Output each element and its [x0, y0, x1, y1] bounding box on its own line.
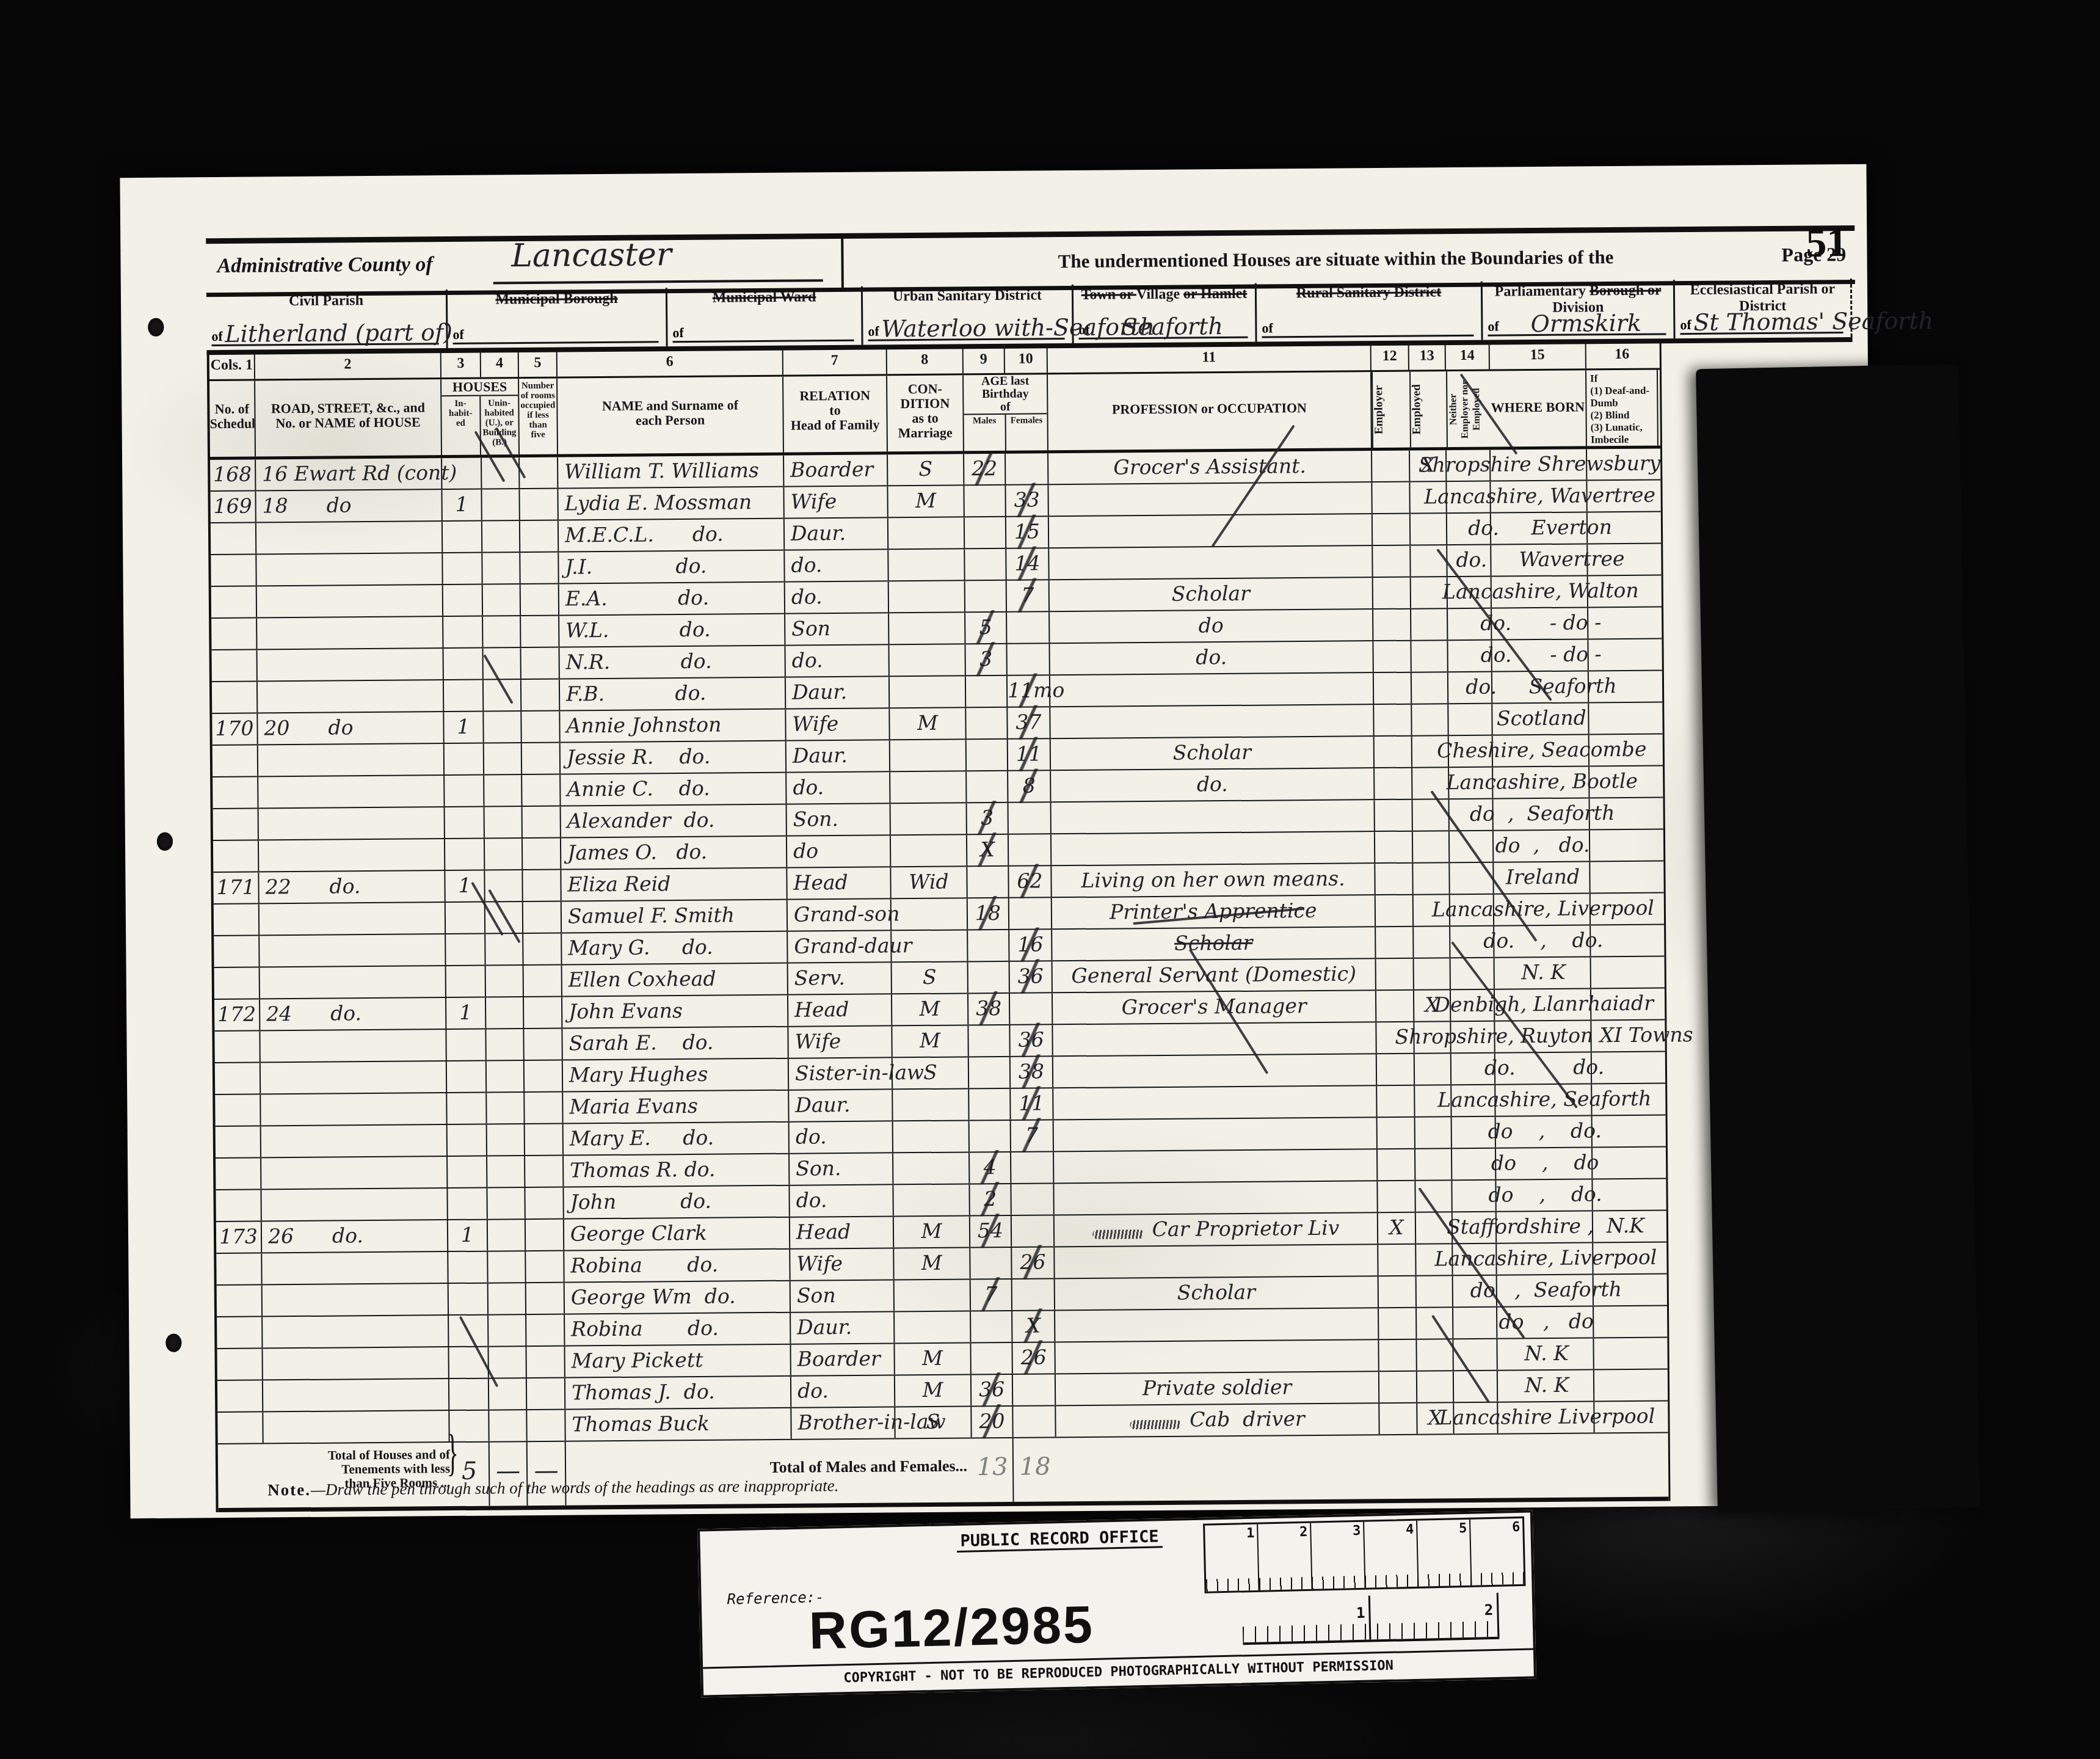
person-name-text: Mary Pickett: [572, 1348, 703, 1373]
relation: Daur.: [786, 677, 890, 708]
infirmity: [1593, 1211, 1665, 1242]
header-relation: RELATION to Head of Family: [783, 376, 888, 452]
header-uninhabited: Unin- habited (U.), or Building (B.): [481, 396, 518, 454]
age-female-text: 7: [1025, 1123, 1038, 1147]
condition: M: [895, 1343, 971, 1374]
schedule-number: [214, 905, 260, 936]
condition-text: S: [926, 1410, 940, 1433]
inhabited: [446, 1030, 486, 1061]
relation: do: [787, 836, 891, 867]
age-female-text: 62: [1017, 869, 1042, 892]
col-num: 12: [1372, 342, 1409, 370]
rooms: [522, 775, 561, 806]
district-value: [467, 344, 664, 346]
age-male-text: 20: [979, 1409, 1005, 1433]
uninhabited: [488, 1251, 526, 1282]
scan-shadow-band: [1696, 364, 1980, 1512]
age-male: [967, 867, 1009, 898]
occupation-text: Grocer's Assistant.: [1113, 454, 1306, 479]
inhabited: [448, 1189, 487, 1220]
ink-scribble: [1092, 1229, 1144, 1239]
totals-females: 18: [1014, 1438, 1057, 1502]
infirmity: [1591, 956, 1663, 988]
col-num: 16: [1586, 340, 1658, 368]
col-num: 15: [1490, 340, 1586, 369]
age-male: 22: [964, 454, 1006, 485]
uninhabited: [486, 1029, 524, 1060]
relation-text: Son: [791, 616, 830, 640]
age-female: [1007, 644, 1050, 675]
relation: Daur.: [787, 740, 890, 771]
condition: [890, 771, 967, 803]
relation: Son.: [787, 804, 891, 835]
relation: Brother-in-law: [791, 1407, 895, 1438]
of-word: of: [868, 324, 879, 340]
age-male-text: 3: [981, 806, 994, 829]
condition: M: [892, 1025, 968, 1057]
inhabited: 1: [442, 490, 482, 521]
age-female-text: 16: [1017, 932, 1043, 956]
age-male: [970, 1248, 1012, 1279]
age-male: X: [967, 835, 1009, 866]
district-box: Municipal Wardof: [667, 286, 863, 347]
rooms: [526, 1347, 565, 1377]
relation-text: do.: [793, 775, 824, 799]
condition: [889, 581, 965, 612]
road-name: [263, 1284, 449, 1316]
occupation: [1049, 546, 1373, 579]
road-name-text: 20 do: [264, 715, 353, 740]
infirmity: [1590, 861, 1662, 892]
occupation: [1049, 514, 1373, 547]
uninhabited: [485, 870, 523, 901]
header-employer: Employer: [1372, 372, 1410, 448]
district-label-part: Municipal Borough: [495, 291, 617, 308]
occupation: [1055, 1308, 1379, 1341]
age-male: [968, 962, 1010, 993]
age-male-text: 2: [984, 1187, 997, 1211]
relation: Grand-son: [788, 899, 892, 930]
inhabited: [445, 807, 485, 839]
where-born: do , do.: [1496, 1116, 1593, 1147]
person-name-text: James O. do.: [567, 840, 707, 865]
schedule-number: [212, 682, 258, 713]
person-name-text: William T. Williams: [564, 458, 759, 484]
col-num: 7: [783, 346, 887, 374]
infirmity: [1591, 1020, 1663, 1051]
infirmity: [1589, 702, 1660, 734]
age-female: [1009, 803, 1052, 834]
road-name: [261, 1062, 447, 1093]
punch-hole: [148, 318, 164, 337]
age-female-text: 38: [1019, 1059, 1044, 1083]
person-name-text: N.R. do.: [566, 649, 712, 674]
of-word: of: [1680, 317, 1691, 333]
relation-text: Son: [797, 1283, 836, 1307]
district-label-part: Municipal Ward: [713, 289, 816, 305]
schedule-number: [211, 555, 256, 586]
uninhabited: [482, 553, 520, 583]
where-born: Scotland: [1492, 703, 1589, 734]
relation: do.: [790, 1185, 893, 1216]
rooms: [526, 1315, 565, 1346]
relation: Daur.: [791, 1312, 895, 1343]
age-female: 16: [1009, 930, 1052, 961]
relation-text: Boarder: [797, 1347, 880, 1371]
relation: Son.: [790, 1153, 893, 1184]
infirmity: [1588, 512, 1659, 543]
age-female-text: 15: [1014, 519, 1040, 543]
condition-text: M: [920, 1029, 940, 1052]
of-word: of: [211, 329, 223, 344]
district-value: Litherland (part of): [225, 319, 443, 348]
relation-text: Son.: [793, 807, 839, 831]
inhabited: [442, 458, 482, 489]
relation: Son: [785, 613, 889, 644]
relation-text: Boarder: [790, 457, 873, 482]
condition: [893, 1121, 970, 1152]
inhabited: [443, 522, 482, 553]
rooms: [525, 1124, 564, 1155]
person-name-text: Annie C. do.: [567, 776, 710, 801]
occupation-text: do.: [1197, 772, 1228, 796]
age-male: [965, 549, 1006, 580]
rooms: [525, 1093, 563, 1123]
occupation-text: do.: [1196, 645, 1227, 669]
schedule-number-text: 171: [216, 875, 255, 899]
occupation-text: Scholar: [1173, 740, 1252, 765]
where-born: Lancashire, Bootle: [1493, 767, 1590, 798]
occupation: [1054, 1118, 1378, 1151]
person-name-text: Eliza Reid: [567, 872, 670, 896]
uninhabited: [486, 966, 524, 996]
road-name: 26 do.: [262, 1220, 448, 1252]
age-female-text: 26: [1020, 1345, 1046, 1369]
inhabited: [447, 1062, 487, 1093]
age-male-text: 22: [972, 456, 997, 480]
person-name-text: John Evans: [569, 999, 683, 1023]
condition: [891, 835, 967, 866]
person-name-text: Alexander do.: [567, 808, 715, 833]
schedule-number-text: 169: [213, 494, 252, 518]
inhabited-text: 1: [459, 1000, 472, 1024]
where-born: do. Wavertree: [1491, 544, 1588, 575]
person-name-text: Sarah E. do.: [569, 1030, 713, 1055]
age-male: [967, 740, 1008, 771]
occupation-text: General Servant (Domestic): [1071, 961, 1356, 988]
relation-text: Head: [794, 997, 849, 1022]
age-female-text: 33: [1014, 487, 1039, 511]
age-male-text: 7: [984, 1282, 997, 1306]
header-road: ROAD, STREET, &c., and No. or NAME of HO…: [255, 379, 442, 456]
infirmity: [1590, 734, 1661, 765]
rooms: [521, 616, 559, 647]
condition: Wid: [891, 867, 967, 898]
where-born: Lancashire, Liverpool: [1497, 1243, 1593, 1274]
age-male: 4: [970, 1153, 1011, 1184]
age-male: [964, 486, 1006, 517]
age-male: 3: [965, 644, 1007, 676]
age-male: [967, 771, 1008, 803]
age-female: [1009, 834, 1052, 865]
col-num: 2: [255, 349, 441, 379]
district-of-line: of: [452, 322, 658, 344]
occupation: Grocer's Manager: [1053, 991, 1376, 1024]
infirmity: [1587, 480, 1659, 511]
relation-text: Serv.: [794, 966, 845, 990]
person-name: George Wm do.: [565, 1281, 791, 1314]
age-male: 7: [971, 1280, 1012, 1311]
rooms: [526, 1251, 564, 1282]
rooms: [524, 966, 562, 996]
person-name: Thomas Buck: [565, 1408, 791, 1441]
district-box: Town or Village or HamletofSeaforth: [1074, 283, 1257, 343]
condition: M: [894, 1216, 970, 1247]
occupation: [1050, 705, 1374, 738]
relation: Daur.: [789, 1090, 893, 1121]
condition: S: [892, 962, 968, 993]
header-profession: PROFESSION or OCCUPATION: [1048, 372, 1372, 450]
occupation: [1054, 1149, 1378, 1182]
district-label-part: Civil Parish: [289, 293, 363, 309]
condition: M: [895, 1375, 972, 1406]
header-employed: Employed: [1409, 371, 1447, 447]
age-female: [1011, 1152, 1054, 1183]
schedule-number: [216, 1190, 261, 1221]
schedule-number: [216, 1158, 261, 1189]
infirmity: [1594, 1274, 1665, 1305]
district-label: Municipal Borough: [448, 288, 666, 308]
person-name: Lydia E. Mossman: [558, 487, 784, 520]
condition-text: M: [922, 1346, 943, 1370]
district-value: St Thomas' Seaforth: [1693, 308, 1848, 336]
condition: [892, 898, 968, 930]
header-males: Males: [964, 415, 1006, 451]
infirmity: [1590, 798, 1661, 829]
punch-hole: [165, 1334, 181, 1352]
inhabited: [446, 966, 486, 997]
rooms: [520, 521, 559, 552]
person-name-text: Thomas J. do.: [572, 1380, 715, 1405]
condition: M: [894, 1248, 970, 1279]
ruler-cell: 2: [1370, 1593, 1500, 1640]
road-name: [261, 1093, 447, 1125]
schedule-number: 170: [212, 714, 258, 745]
schedule-number: [213, 841, 259, 872]
road-name-text: 24 do.: [266, 1001, 362, 1025]
age-male-text: X: [980, 837, 995, 861]
district-label-part: Parliamentary: [1495, 283, 1590, 299]
age-male: [969, 1089, 1011, 1120]
age-male: [968, 930, 1009, 961]
uninhabited: [487, 1093, 525, 1123]
inhabited: [444, 680, 484, 712]
relation: Boarder: [784, 454, 888, 486]
rooms: [523, 870, 561, 901]
header-rooms: Number of rooms occupied if less than fi…: [519, 379, 558, 454]
ruler-cell: 5: [1417, 1520, 1472, 1587]
person-name: J.I. do.: [559, 551, 785, 583]
age-male-text: 4: [984, 1155, 997, 1179]
road-name: [263, 1411, 449, 1443]
district-label-part: Borough or: [1590, 282, 1661, 299]
rooms: [525, 1156, 564, 1187]
person-name-text: M.E.C.L. do.: [565, 522, 724, 547]
ruler-cell: 3: [1311, 1522, 1365, 1589]
rooms: [523, 934, 562, 964]
rooms: [521, 712, 560, 742]
age-male: 36: [972, 1375, 1013, 1406]
header-schedule: No. of Schedule: [209, 381, 256, 457]
situate-line: The undermentioned Houses are situate wi…: [908, 245, 1763, 274]
age-female: 26: [1012, 1247, 1055, 1278]
person-name: M.E.C.L. do.: [559, 519, 785, 552]
age-male-text: 54: [978, 1218, 1003, 1242]
schedule-number: 169: [210, 492, 256, 523]
ruler-cell: 4: [1364, 1521, 1419, 1588]
infirmity: [1593, 1242, 1665, 1273]
age-male: [969, 1057, 1011, 1088]
age-male: 38: [968, 994, 1010, 1025]
age-female: 8: [1008, 771, 1051, 802]
person-name-text: Mary E. do.: [570, 1126, 714, 1151]
ruler-cell: 1: [1242, 1596, 1372, 1643]
person-name: Eliza Reid: [561, 869, 787, 901]
uninhabited: [489, 1347, 526, 1377]
rooms: [527, 1378, 565, 1409]
uninhabited: [489, 1315, 526, 1346]
occupation: [1055, 1245, 1378, 1278]
totals-males: 13: [972, 1438, 1014, 1502]
relation: do.: [787, 772, 890, 803]
uninhabited: [484, 712, 521, 742]
uninhabited: [489, 1283, 526, 1314]
person-name: James O. do.: [561, 837, 787, 869]
census-table: Cols. 1 2 3 4 5 6 7 8 9 10 11 12 13 14 1…: [207, 340, 1671, 1512]
inhabited: [445, 776, 484, 807]
district-label: Municipal Ward: [667, 286, 861, 307]
col-num: 10: [1005, 344, 1048, 373]
infirmity: [1588, 607, 1660, 638]
district-label-part: or Hamlet: [1183, 286, 1247, 302]
schedule-number: [214, 936, 260, 967]
where-born: do , Seaforth: [1497, 1275, 1594, 1306]
col-num: 13: [1409, 341, 1446, 370]
relation-text: Son.: [796, 1156, 841, 1181]
rooms: [526, 1220, 564, 1250]
rooms: [523, 807, 561, 837]
age-female: [1013, 1406, 1056, 1437]
person-name: Samuel F. Smith: [562, 900, 788, 933]
rooms: [527, 1410, 565, 1441]
condition: [893, 1089, 969, 1120]
age-female: 7: [1007, 580, 1050, 611]
pro-reference-stamp: PUBLIC RECORD OFFICE Reference:- RG12/29…: [697, 1510, 1536, 1698]
stamp-ruler-inches: 123456: [1203, 1517, 1525, 1593]
inhabited: [449, 1284, 489, 1315]
uninhabited: [487, 1188, 525, 1218]
person-name: Annie C. do.: [561, 773, 787, 806]
infirmity: [1588, 544, 1659, 575]
condition: [890, 740, 967, 771]
uninhabited: [488, 1220, 526, 1250]
inhabited: [446, 934, 485, 966]
inhabited: [445, 839, 485, 870]
rooms: [524, 1029, 562, 1060]
occupation-text: Grocer's Manager: [1121, 994, 1306, 1019]
district-of-line: of: [1262, 316, 1473, 338]
condition-text: S: [923, 965, 937, 989]
person-name-text: Thomas R. do.: [570, 1157, 716, 1182]
uninhabited: [483, 585, 521, 615]
where-born: Shropshire Shrewsbury: [1491, 449, 1587, 480]
infirmity: [1587, 448, 1659, 479]
relation-text: do.: [791, 553, 822, 577]
district-label: Urban Sanitary District: [863, 285, 1072, 305]
of-word: of: [452, 327, 464, 343]
condition: S: [895, 1407, 972, 1438]
district-of-line: of: [672, 321, 854, 343]
age-male: [966, 676, 1008, 707]
road-name: [257, 585, 443, 617]
totals-row: Total of Houses and of Tenements with le…: [218, 1433, 1669, 1512]
relation-text: Daur.: [795, 1093, 850, 1117]
schedule-number: [213, 778, 258, 809]
person-name-text: F.B. do.: [566, 681, 707, 706]
where-born: do. , do.: [1494, 925, 1591, 956]
ruler-number: 2: [1484, 1601, 1494, 1619]
header-females: Females: [1006, 414, 1047, 451]
person-name: E.A. do.: [559, 583, 785, 615]
condition: [889, 644, 965, 676]
infirmity: [1591, 988, 1663, 1019]
road-name-text: 22 do.: [265, 874, 360, 898]
person-name-text: W.L. do.: [565, 617, 711, 643]
person-name: William T. Williams: [558, 456, 784, 488]
where-born: Cheshire, Seacombe: [1493, 735, 1590, 766]
relation-text: Wife: [794, 1029, 841, 1054]
occupation: Scholar: [1050, 578, 1373, 611]
rooms: [521, 680, 560, 710]
age-male-text: 36: [979, 1377, 1005, 1401]
table-body: 16816 Ewart Rd (cont)William T. Williams…: [210, 448, 1668, 1444]
occupation: Scholar: [1051, 737, 1375, 770]
road-name: [260, 966, 446, 998]
condition: M: [890, 708, 966, 739]
person-name-text: Mary Hughes: [569, 1062, 708, 1087]
condition: [889, 613, 965, 644]
occupation-text: Scholar: [1177, 1280, 1256, 1305]
person-name: Robina do.: [565, 1313, 791, 1346]
relation-text: Wife: [796, 1251, 843, 1276]
relation: do.: [790, 1121, 893, 1153]
occupation: Scholar: [1052, 927, 1376, 960]
occupation: Living on her own means.: [1052, 864, 1375, 897]
schedule-number: [211, 523, 256, 555]
rooms: [520, 457, 558, 488]
header-name: NAME and Surname of each Person: [558, 377, 784, 454]
person-name-text: J.I. do.: [565, 554, 707, 579]
where-born: Lancashire Liverpool: [1498, 1402, 1594, 1433]
person-name-text: Robina do.: [570, 1253, 718, 1278]
condition-text: M: [921, 1219, 942, 1243]
occupation-text: Cab driver: [1190, 1407, 1305, 1431]
district-box: Civil ParishofLitherland (part of): [206, 290, 448, 350]
infirmity: [1594, 1306, 1665, 1337]
infirmity: [1592, 1083, 1663, 1115]
condition: [893, 1153, 970, 1184]
age-female: [1007, 612, 1050, 643]
